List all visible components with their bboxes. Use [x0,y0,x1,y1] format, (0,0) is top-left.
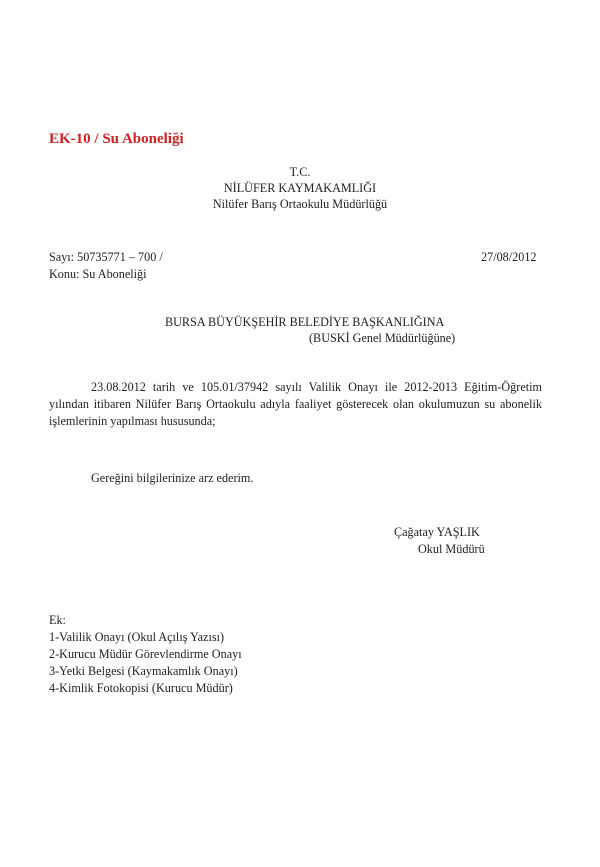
body-paragraph-text: 23.08.2012 tarih ve 105.01/37942 sayılı … [49,380,542,428]
attachment-item: 1-Valilik Onayı (Okul Açılış Yazısı) [49,629,242,646]
document-date: 27/08/2012 [481,250,537,265]
reference-number: Sayı: 50735771 – 700 / [49,250,163,265]
signatory-name: Çağatay YAŞLIK [394,525,480,540]
attachments-label: Ek: [49,612,242,629]
subject: Konu: Su Aboneliği [49,267,147,282]
document-title: EK-10 / Su Aboneliği [49,131,184,148]
header-kaymakamlik: NİLÜFER KAYMAKAMLIĞI [0,181,600,196]
attachments-list: Ek: 1-Valilik Onayı (Okul Açılış Yazısı)… [49,612,242,697]
attachment-item: 2-Kurucu Müdür Görevlendirme Onayı [49,646,242,663]
addressee-line2: (BUSKİ Genel Müdürlüğüne) [309,331,455,346]
signatory-title: Okul Müdürü [418,542,485,557]
addressee-line1: BURSA BÜYÜKŞEHİR BELEDİYE BAŞKANLIĞINA [165,315,444,330]
header-tc: T.C. [0,165,600,180]
closing-sentence: Gereğini bilgilerinize arz ederim. [91,471,253,486]
attachment-item: 3-Yetki Belgesi (Kaymakamlık Onayı) [49,663,242,680]
attachment-item: 4-Kimlik Fotokopisi (Kurucu Müdür) [49,680,242,697]
header-school: Nilüfer Barış Ortaokulu Müdürlüğü [0,197,600,212]
body-paragraph: 23.08.2012 tarih ve 105.01/37942 sayılı … [49,379,542,430]
